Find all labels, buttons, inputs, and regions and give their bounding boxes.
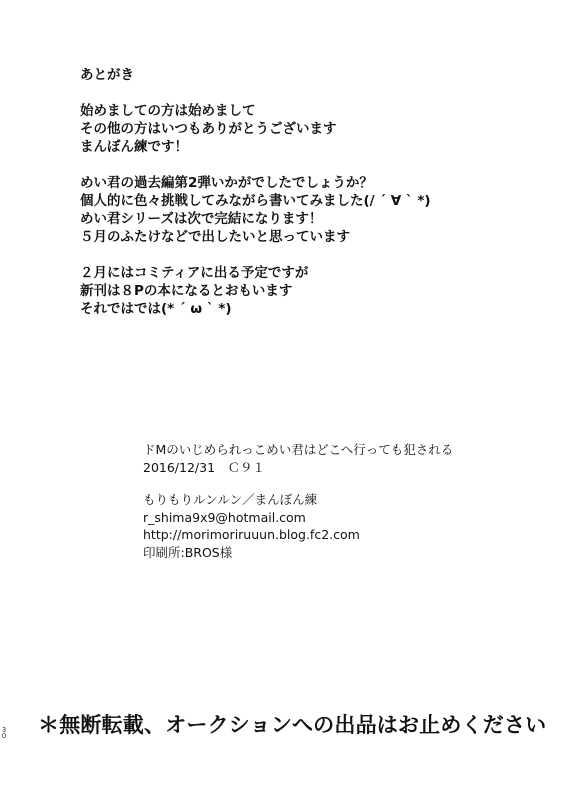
afterword-line: めい君シリーズは次で完結になります！ bbox=[80, 210, 431, 228]
afterword-line: 個人的に色々挑戦してみながら書いてみました(/ ´ ∀ ` *) bbox=[80, 192, 431, 210]
publication-date: 2016/12/31 Ｃ９１ bbox=[143, 459, 453, 477]
email: r_shima9x9@hotmail.com bbox=[143, 509, 453, 527]
reprint-notice: ＊無断転載、オークションへの出品はお止めください bbox=[38, 709, 546, 739]
afterword-section: あとがき 始めましての方は始めまして その他の方はいつもありがとうございます ま… bbox=[80, 66, 431, 318]
afterword-line: その他の方はいつもありがとうございます bbox=[80, 120, 431, 138]
afterword-line: めい君の過去編第2弾いかがでしたでしょうか？ bbox=[80, 174, 431, 192]
page-number: 3 0 bbox=[1, 727, 7, 739]
afterword-line: 新刊は８Pの本になるとおもいます bbox=[80, 282, 431, 300]
afterword-line: ５月のふたけなどで出したいと思っています bbox=[80, 228, 431, 246]
website-url: http://morimoriruuun.blog.fc2.com bbox=[143, 526, 453, 544]
book-title: ドMのいじめられっこめい君はどこへ行っても犯される bbox=[143, 441, 453, 459]
afterword-line: それではでは(* ´ ω ` *) bbox=[80, 300, 431, 318]
afterword-line: 始めましての方は始めまして bbox=[80, 102, 431, 120]
colophon: ドMのいじめられっこめい君はどこへ行っても犯される 2016/12/31 Ｃ９１… bbox=[143, 441, 453, 561]
afterword-title: あとがき bbox=[80, 66, 431, 84]
printer: 印刷所:BROS様 bbox=[143, 544, 453, 562]
afterword-line: まんぼん練です！ bbox=[80, 138, 431, 156]
circle-author: もりもりルンルン／まんぼん練 bbox=[143, 491, 453, 509]
afterword-line: ２月にはコミティアに出る予定ですが bbox=[80, 264, 431, 282]
